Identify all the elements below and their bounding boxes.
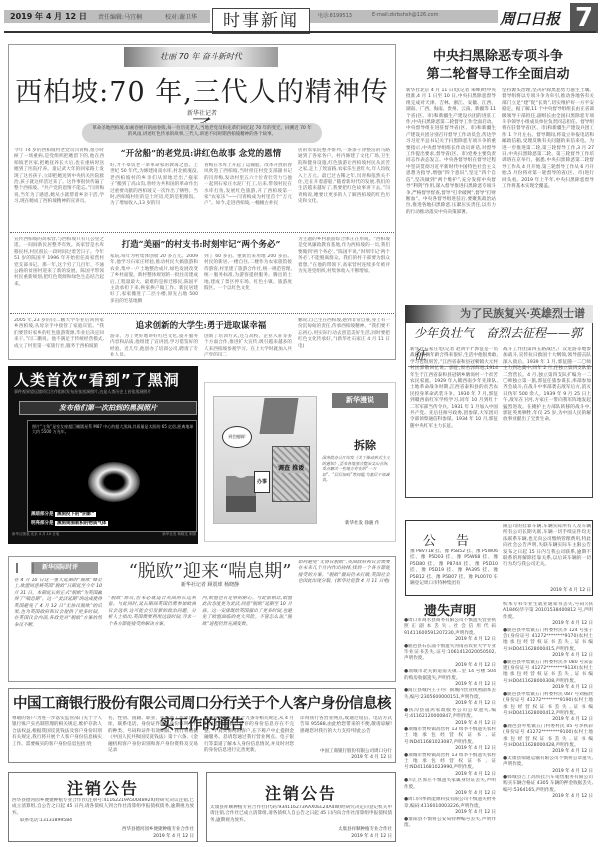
cancel-notice-1-title[interactable]: 注销公告 <box>8 776 198 799</box>
list-item: ●项城市贾岭镇高营村 13 组李不慎遗失农村土地承包经营权证书,证号:ND411… <box>404 727 496 753</box>
right-article-headline[interactable]: 中央扫黑除恶专项斗争 第二轮督导工作全面启动 <box>398 48 598 84</box>
intl-col4: 如何避免“无协议脱欧”,英国政府和议会需要在未来几个月内作出抉择,找到一个各方都… <box>298 560 390 678</box>
cancel-notice-2-signature: 太康县祥顺种植专业合作社 <box>210 826 392 832</box>
list-item: ●郸城县吉上高铁挂汽车销售服务有限公司购买车辆合格证 4305 车辆的押金收据丢… <box>503 775 593 801</box>
newspaper-logo: 周口日报 <box>500 8 560 29</box>
list-item: ●太康县瑞通运输有限公司不慎将公章遗失,声明作废。2019 年 4 月 12 日 <box>503 756 593 775</box>
right-article-title-line1: 中央扫黑除恶专项斗争 <box>398 48 598 66</box>
item-text: ●周口四季新能源科技有限公司不慎遗失财务章,编码:4116010003226,声… <box>404 797 496 808</box>
list-item: ●周口四季新能源科技有限公司不慎遗失财务章,编码:4116010003226,声… <box>404 797 496 816</box>
item-text: ●川汇区郭庄不慎遗失家属身份证丢失,声明作废。 <box>404 778 496 789</box>
feature-s3-col2: 游等。为了更好地讲好红色文化,提升服务内容和品质,他组建了宣讲团,学习借鉴好的经… <box>110 334 198 356</box>
item-text: 校本专科毕业生就业通知书丢失,号码:(扶 A1846)毕字第 201015384… <box>503 602 593 620</box>
section-divider <box>10 313 394 314</box>
feature-s1-col4: 居的农家院整齐排列,一条条干净整洁的马路通到了各家各户。村内修建了文化广场,卫生… <box>298 148 390 212</box>
label-value: 黑洞投下的“阴影” <box>55 512 96 517</box>
feature-s1-col1: 今年 74 岁的西柏坡村老党员闫青梅,很小时候了一场重病,是党组织把她留下的,他… <box>14 148 104 212</box>
feature-banner: 壮丽 70 年 奋斗新时代 <box>124 47 278 67</box>
list-item: ●鹿邑县枣集镇五门村委村民李 080 号宋雷建(身份证号 41272******… <box>503 660 593 692</box>
item-text: ●项城市北关街道南关镇二里 14 号楼 504 的购房收据遗失,声明作废。 <box>404 669 496 680</box>
item-text: ●项城市贾岭镇高营村 13 组李不慎遗失农村土地承包经营权证书,证号:ND411… <box>404 727 496 745</box>
hero-col1: 新华社石家庄电(记者 赵鸿宇)“郭征是一员战将,我俩年龄合得来很好,生活中他很勇… <box>410 347 498 495</box>
item-text: ●扶沟县晟鸿家政服务公司公章遗失,编号:41162120000847,声明作废。 <box>404 708 496 719</box>
label-key: 明亮部分是 <box>31 521 54 526</box>
bank-col1: 尊敬的客户:为进一步落实监管部门关于个人银行账户实名制管理的相关规定,维护存款人… <box>12 716 102 760</box>
cancel-notice-2-body: 太康县祥顺种植专业合作社(代码:934116273AAX0EL24A4W)经研究… <box>210 805 392 825</box>
cancel-notice-2-date: 2019 年 4 月 12 日 <box>210 833 392 839</box>
cancel-notice-1-signature: 西华县德河园乡便捷种植专业合作社 <box>12 826 194 832</box>
intl-col3: 内,欧盟也有足够的耐心。与此前相比,欧盟此次态度更为灵活,同意“脱欧”延期至 1… <box>202 596 292 678</box>
list-item: ●项城市北关街道南关镇二里 14 号楼 504 的购房收据遗失,声明作废。201… <box>404 669 496 688</box>
right-article-title-line2: 第二轮督导工作全面启动 <box>398 66 598 84</box>
list-item: ●鹿邑县石长浦不慎遗失河南省农业大学专业毕业证书丢失,证号:1061412020… <box>404 644 496 670</box>
bank-date: 2019 年 4 月 12 日 <box>300 754 392 760</box>
item-text: ●周口市商水县商务有限公司不慎遗失营业执照正副本丢失,社会信用代码 914116… <box>404 618 496 636</box>
black-hole-label-bright: 明亮部分是 黑洞周围吸积的物质气体 <box>31 520 108 526</box>
intl-col1: 在 4 月 10 日这一重大延期的“脱欧”峰会上,欧盟同意将英国“脱欧”日期延至… <box>14 578 102 678</box>
cartoon-title[interactable]: 拆除 <box>340 437 390 453</box>
feature-s3-col4: 鹏说,自己生在西柏坡,感到非常自豪,身上有一份沉甸甸的责任,传承西柏坡精神。“我… <box>298 318 390 356</box>
list-item: ●商丘县城内王子丹厂街城内营业执照副本丢失,编号:2305600000151,声… <box>404 688 496 707</box>
notice-body-col1: 豫 P8V718 挂、豫 P5B52 挂、豫 P5W06 挂、豫 P5D03 挂… <box>410 549 498 591</box>
cancel-notice-1-contact: 联系电话:13131899584 <box>20 818 120 825</box>
intl-headline[interactable]: “脱欧”迎来“喘息期” <box>120 557 300 583</box>
right-article-col1: 新华社北京 4 月 11 日电(记者 朱峰)经中央批准,4 月 1 日至 10 … <box>406 88 496 296</box>
list-item: ●扶沟县晟鸿家政服务公司公章遗失,编号:41162120000847,声明作废。… <box>404 708 496 727</box>
cartoon-sign: 办事 <box>254 471 270 493</box>
notice-body-col2: 限公司的挂靠车辆,车辆实际所有人及车辆所有公司长期失联,车辆一切手续证件均无法联… <box>503 524 591 586</box>
item-text: ●鹿邑县枣集镇五门村委村民李 124 号张子会(身份证号 41272******… <box>503 628 593 652</box>
list-item: 校本专科毕业生就业通知书丢失,号码:(扶 A1846)毕字第 201015384… <box>503 602 593 628</box>
feature-s2-col2: 家院,每年为村集体创收 20 多万元。2009 年,他学习石家庄经验,推动村民大… <box>110 254 198 309</box>
page-number: 7 <box>570 3 598 33</box>
list-item: ●周口市商水县商务有限公司不慎遗失营业执照正副本丢失,社会信用代码 914116… <box>404 618 496 644</box>
cancel-notice-2-title[interactable]: 注销公告 <box>206 781 396 804</box>
editor: 责任编辑:马宜桐 <box>98 12 142 21</box>
feature-s2-col4: 为主题的乡村旅游综合体正在形成。“西柏坡是党风廉政教育基地,作为西柏坡的一员,我… <box>298 237 390 307</box>
item-text: ●商丘县城内王子丹厂街城内营业执照副本丢失,编号:2305600000151,声… <box>404 688 496 699</box>
issue-date: 2019 年 4 月 12 日 <box>10 11 87 22</box>
black-hole-footer: 新华社图表 北京 4 月 10 日电新华社发 杨晓龙 制图 <box>12 532 196 537</box>
item-text: ●淮阳县不慎将公安局特种编号丢失,声明作废。 <box>404 817 496 828</box>
lost-statement-col1: ●周口市商水县商务有限公司不慎遗失营业执照正副本丢失,社会信用代码 914116… <box>404 618 496 846</box>
lost-statement-col2: 校本专科毕业生就业通知书丢失,号码:(扶 A1846)毕字第 201015384… <box>503 602 593 846</box>
feature-s3-subtitle: 追求创新的大学生:勇于进取谋幸福 <box>110 319 292 331</box>
section-divider <box>10 232 394 233</box>
feature-s2-col3: 到了 60 多亩。重新出来用地 200 多亩。村民的新居,一楼自住,二楼作为农家… <box>204 254 292 309</box>
hero-band: 为了民族复兴·英雄烈士谱 <box>405 305 593 323</box>
speech-bubble: 到会撤稿! <box>222 426 252 448</box>
list-item: ●项城市贾岭镇高营村 13 组李不慎遗失农村土地承包经营权证书,证号:ND411… <box>404 753 496 779</box>
feature-s1-subtitle: “开岔船”的老党员:讲红色故事 念党的恩情 <box>110 147 292 159</box>
email: E-mail:zkrbshsh@126.com <box>372 12 438 18</box>
black-hole-label-dark: 黑暗部分是 黑洞投下的“阴影” <box>31 511 96 517</box>
black-hole-band: 发布他们第一次拍到的黑洞照片 <box>19 401 197 415</box>
cartoon-wall-label: 调查 推诿 <box>277 462 305 473</box>
feature-s2-subtitle: 打造“美丽”的村支书:时刻牢记“两个务必” <box>110 238 292 250</box>
cartoon-caption: 国务院办公厅印发《关于推动形式主义的通知》,要求各地坚决整治文山会海,重点解决一… <box>322 455 392 483</box>
item-text: ●郸城县吉上高铁挂汽车销售服务有限公司购买车辆合格证 4305 车辆的押金收据丢… <box>503 775 593 793</box>
cartoon-figure <box>226 460 256 512</box>
list-item: ●鹿邑县枣集镇五门村委村民 05 号李秩彩(身份证号 41272********… <box>503 724 593 756</box>
feature-s2-col1: 宣传西柏坡的高家营,与西柏坡只有几公里之遥。一间间新民居整齐有致。高家营是水库移… <box>14 237 104 307</box>
black-hole-headline[interactable]: 人类首次“看到”了黑洞 <box>14 369 180 390</box>
lost-statement-title[interactable]: 遗失声明 <box>402 600 498 619</box>
item-text: ●项城市贾岭镇高营村 13 组李不慎遗失农村土地承包经营权证书,证号:ND411… <box>404 753 496 771</box>
black-hole-image <box>88 462 140 502</box>
item-text: ●鹿邑县枣集镇五门村委村民 05 号李秩彩(身份证号 41272********… <box>503 724 593 748</box>
notice-title[interactable]: 公 告 <box>410 530 490 549</box>
item-text: ●鹿邑县枣集镇五门村委村民李 080 号宋雷建(身份证号 41272******… <box>503 660 593 684</box>
hero-col2: 战斗工作团第四五路战区,广汉龙游等地参加战斗,宣传抗日救国十大纲领,领导游击队深… <box>503 347 591 495</box>
item-date: 2019 年 4 月 12 日 <box>503 794 593 800</box>
header-rule <box>4 31 596 33</box>
black-hole-subtitle: 事件视界望远镜项目合作组织发布首张黑洞照片,这是人类历史上首张黑洞照片 <box>14 389 194 394</box>
feature-s1-col2: 好,才不辜负老一辈革命家的教诲之恩。上世纪 50 年代,为修建岗南水库,村北被淹… <box>110 163 198 213</box>
footer-right: 新华社发 杨晓龙 制图 <box>162 532 196 537</box>
footer-left: 新华社图表 北京 4 月 10 日电 <box>12 532 59 536</box>
list-item: ●鹿邑县枣集镇五门村委村民李 124 号张子会(身份证号 41272******… <box>503 628 593 660</box>
cartoon-wall <box>272 446 310 502</box>
label-value: 黑洞周围吸积的物质气体 <box>55 521 109 526</box>
feature-s3-col3: 创新了培训方式,还与高校、企业入驻等多个方面合作,推进扩大宣传,吸引越来越多的人… <box>204 334 292 356</box>
list-item: ●川汇区郭庄不慎遗失家属身份证丢失,声明作废。2019 年 4 月 12 日 <box>404 778 496 797</box>
chart-bars-icon <box>16 563 34 573</box>
bank-col2: 名、性别、国籍、职业、住所或工作单位地址、联系电话、身份证件或者身份证明文件的种… <box>108 716 198 760</box>
intl-col2: “脱欧”协议,但未必就适合英国的长远利益。与此同时,延长期间英国仍需参加欧洲议会… <box>108 596 196 678</box>
cancel-notice-1-date: 2019 年 4 月 12 日 <box>12 833 194 839</box>
feature-lead: 革命圣地西柏坡,如画卷展开的画卷般,每一位历史老人,当地老党员和先辈们回忆起 7… <box>82 123 322 143</box>
label-key: 黑暗部分是 <box>31 512 54 517</box>
black-hole-description: 照片“主角”是室女座超巨椭圆星系 M87 中心的超大黑洞,其质量是太阳的 65 … <box>32 424 194 434</box>
intl-byline: 新华社记者 顾震球 杨晓静 <box>120 581 300 588</box>
list-item: ●鹿邑县枣集镇五门村委村民 087 号刘振欣(身份证号 41272*******… <box>503 692 593 724</box>
item-text: ●鹿邑县枣集镇五门村委村民 087 号刘振欣(身份证号 41272*******… <box>503 692 593 716</box>
cartoon-tag: 新华漫说 <box>332 393 388 408</box>
cancel-notice-1-body: 西华县德河园乡便捷种植专业合作社(注册号:41162219A5004892X)经… <box>12 798 194 818</box>
feature-s3-col1: 2005 年,23 岁的闫二鹏大学毕业后回到家乡西柏坡,从母亲手中接管了家庭宾馆… <box>14 318 104 356</box>
item-text: ●太康县瑞通运输有限公司不慎将公章遗失,声明作废。 <box>503 756 593 767</box>
proofreader: 校对:谢卫华 <box>165 12 197 21</box>
item-text: ●鹿邑县石长浦不慎遗失河南省农业大学专业毕业证书丢失,证号:1061412020… <box>404 644 496 662</box>
phone: 电话:8199513 <box>318 12 352 19</box>
cartoon-pillar <box>259 398 298 434</box>
bank-col3: 保存管理办法》第十九条等相关规定,从 4 月 1 日起对在我行留存的身份信息存在… <box>204 716 294 760</box>
feature-byline: 新华社记者 <box>10 108 394 117</box>
list-item: ●淮阳县不慎将公安局特种编号丢失,声明作废。 <box>404 817 496 830</box>
bank-col4: 详询我行各营业网点,或通过短信、电话方式告知 95588,由此给您带来的不便,敬… <box>300 716 392 746</box>
notice-date: 2019 年 4 月 12 日 <box>503 587 591 593</box>
feature-s1-col3: 青梅在水库上开起了运输船。改革开放的春风吹进了西柏坡,当时担任村党支部副书记的闫… <box>204 163 292 213</box>
cartoon-credit: 新华社发 徐骏 作 <box>345 520 379 526</box>
right-article-col2: 坚持源头治理,坚决铲除黑恶势力滋生土壤。督导组将以专项斗争为牵引,推动各地各有关… <box>502 88 594 296</box>
